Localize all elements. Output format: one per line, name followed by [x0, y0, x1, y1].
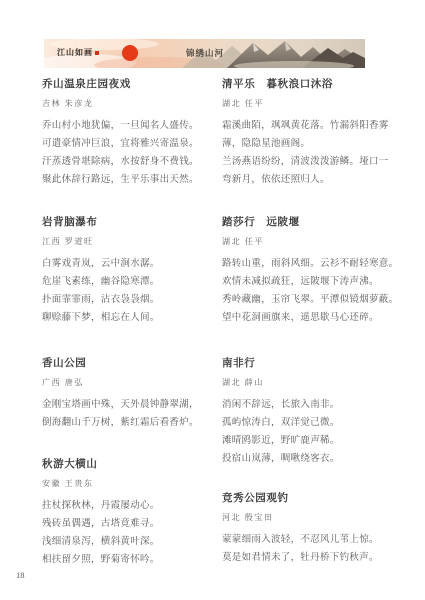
poem-line: 消闲不辞远，长旅入南非。 [222, 396, 414, 414]
banner-left-calligraphy: 江山如画 [57, 47, 99, 58]
poem-title: 秋游大横山 [42, 458, 218, 472]
poem-author: 广西 唐弘 [42, 377, 218, 388]
poem-line: 残砖虽偶遇，古塔竟难寻。 [42, 515, 218, 533]
poem-title: 香山公园 [42, 357, 218, 371]
poem-line: 孤屿惊涛白，双洋觉己微。 [222, 414, 414, 432]
poem-block: 竞秀公园观钓 河北 殷宝田 蒙蒙细雨入波轻，不忍风儿苇上惊。 莫是如君情未了，牡… [222, 492, 414, 567]
poem-author: 湖北 薛山 [222, 377, 414, 388]
poem-line: 扑面霏霏雨，沾衣袅袅烟。 [42, 291, 218, 309]
poem-title: 南非行 [222, 357, 414, 371]
poem-author: 河北 殷宝田 [222, 512, 414, 523]
poem-line: 薄，隐隐星池画阁。 [222, 135, 414, 153]
poem-line: 兰汤燕语纷纷，清波泼泼游鳞。垭口一 [222, 153, 414, 171]
poem-line: 金刚宝塔画中殊，天外晨钟静翠湖， [42, 396, 218, 414]
poem-title: 竞秀公园观钓 [222, 492, 414, 506]
poem-line: 浅细清泉泻，横斜黄叶深。 [42, 533, 218, 551]
poem-line: 可遣豪情冲巨浪，宜将雅兴寄温泉。 [42, 135, 218, 153]
poem-line: 乔山村小地犹偏，一旦闻名人盛传。 [42, 117, 218, 135]
poem-author: 湖北 任平 [222, 236, 414, 247]
poem-line: 倒海翻山千万树，紫红霜后看香炉。 [42, 414, 218, 432]
poem-line: 莫是如君情未了，牡丹桥下钓秋声。 [222, 549, 414, 567]
journal-page: { "page_number": "18", "banner": { "left… [0, 0, 425, 600]
sun-icon [122, 45, 138, 61]
red-seal-icon [95, 51, 99, 55]
poem-block: 香山公园 广西 唐弘 金刚宝塔画中殊，天外晨钟静翠湖， 倒海翻山千万树，紫红霜后… [42, 357, 218, 432]
poem-line: 聚此休辞行路远，生平乐事出天然。 [42, 171, 218, 189]
poem-title: 踏莎行 远陂堰 [222, 216, 414, 230]
poem-line: 投宿山岚薄，啁啾绕客衣。 [222, 450, 414, 468]
poem-line: 霜溪曲陌，飒飒黄花落。竹漏斜阳香雾 [222, 117, 414, 135]
poem-title: 岩背脑瀑布 [42, 216, 218, 230]
poem-line: 危崖飞素练，幽谷隐寒潭。 [42, 273, 218, 291]
poem-block: 秋游大横山 安徽 王贵东 拄杖探秋林，丹霞屡动心。 残砖虽偶遇，古塔竟难寻。 浅… [42, 458, 218, 569]
poem-line: 蒙蒙细雨入波轻，不忍风儿苇上惊。 [222, 531, 414, 549]
header-banner: 江山如画 锦绣山河 [44, 39, 365, 68]
poem-author: 湖北 任平 [222, 98, 414, 109]
page-number: 18 [16, 570, 25, 580]
poem-block: 清平乐 暮秋浪口沐浴 湖北 任平 霜溪曲陌，飒飒黄花落。竹漏斜阳香雾 薄，隐隐星… [222, 78, 414, 189]
poem-line: 望中花洞画旗来，遥思歇马心还碎。 [222, 309, 414, 327]
poem-line: 相扶留夕照，野菊寄怀吟。 [42, 551, 218, 569]
poem-title: 清平乐 暮秋浪口沐浴 [222, 78, 414, 92]
poem-line: 弯新月，依依还照归人。 [222, 171, 414, 189]
poem-title: 乔山温泉庄园夜戏 [42, 78, 218, 92]
poem-author: 江西 罗道旺 [42, 236, 218, 247]
poem-line: 欢情未减拟疏狂，远陂堰下涛声沸。 [222, 273, 414, 291]
poem-line: 聊赊藤下梦，相忘在人间。 [42, 309, 218, 327]
poem-block: 乔山温泉庄园夜戏 吉林 朱彦龙 乔山村小地犹偏，一旦闻名人盛传。 可遣豪情冲巨浪… [42, 78, 218, 189]
poem-block: 岩背脑瀑布 江西 罗道旺 白雾戏青岚，云中涧水潺。 危崖飞素练，幽谷隐寒潭。 扑… [42, 216, 218, 327]
poem-line: 秀岭藏幽，玉帘飞翠。平潭似镜烟萝蔽。 [222, 291, 414, 309]
banner-center-calligraphy: 锦绣山河 [186, 47, 224, 59]
poem-line: 拄杖探秋林，丹霞屡动心。 [42, 497, 218, 515]
poem-block: 踏莎行 远陂堰 湖北 任平 路转山重，雨斜风细。云衫不耐轻寒意。 欢情未减拟疏狂… [222, 216, 414, 327]
poem-author: 安徽 王贵东 [42, 478, 218, 489]
poem-line: 路转山重，雨斜风细。云衫不耐轻寒意。 [222, 255, 414, 273]
poem-line: 滩晴鸥影近，野旷鹿声稀。 [222, 432, 414, 450]
poem-line: 白雾戏青岚，云中涧水潺。 [42, 255, 218, 273]
poem-block: 南非行 湖北 薛山 消闲不辞远，长旅入南非。 孤屿惊涛白，双洋觉己微。 滩晴鸥影… [222, 357, 414, 468]
poem-line: 汗蒸透骨堪除病，水按舒身不费钱。 [42, 153, 218, 171]
poem-author: 吉林 朱彦龙 [42, 98, 218, 109]
